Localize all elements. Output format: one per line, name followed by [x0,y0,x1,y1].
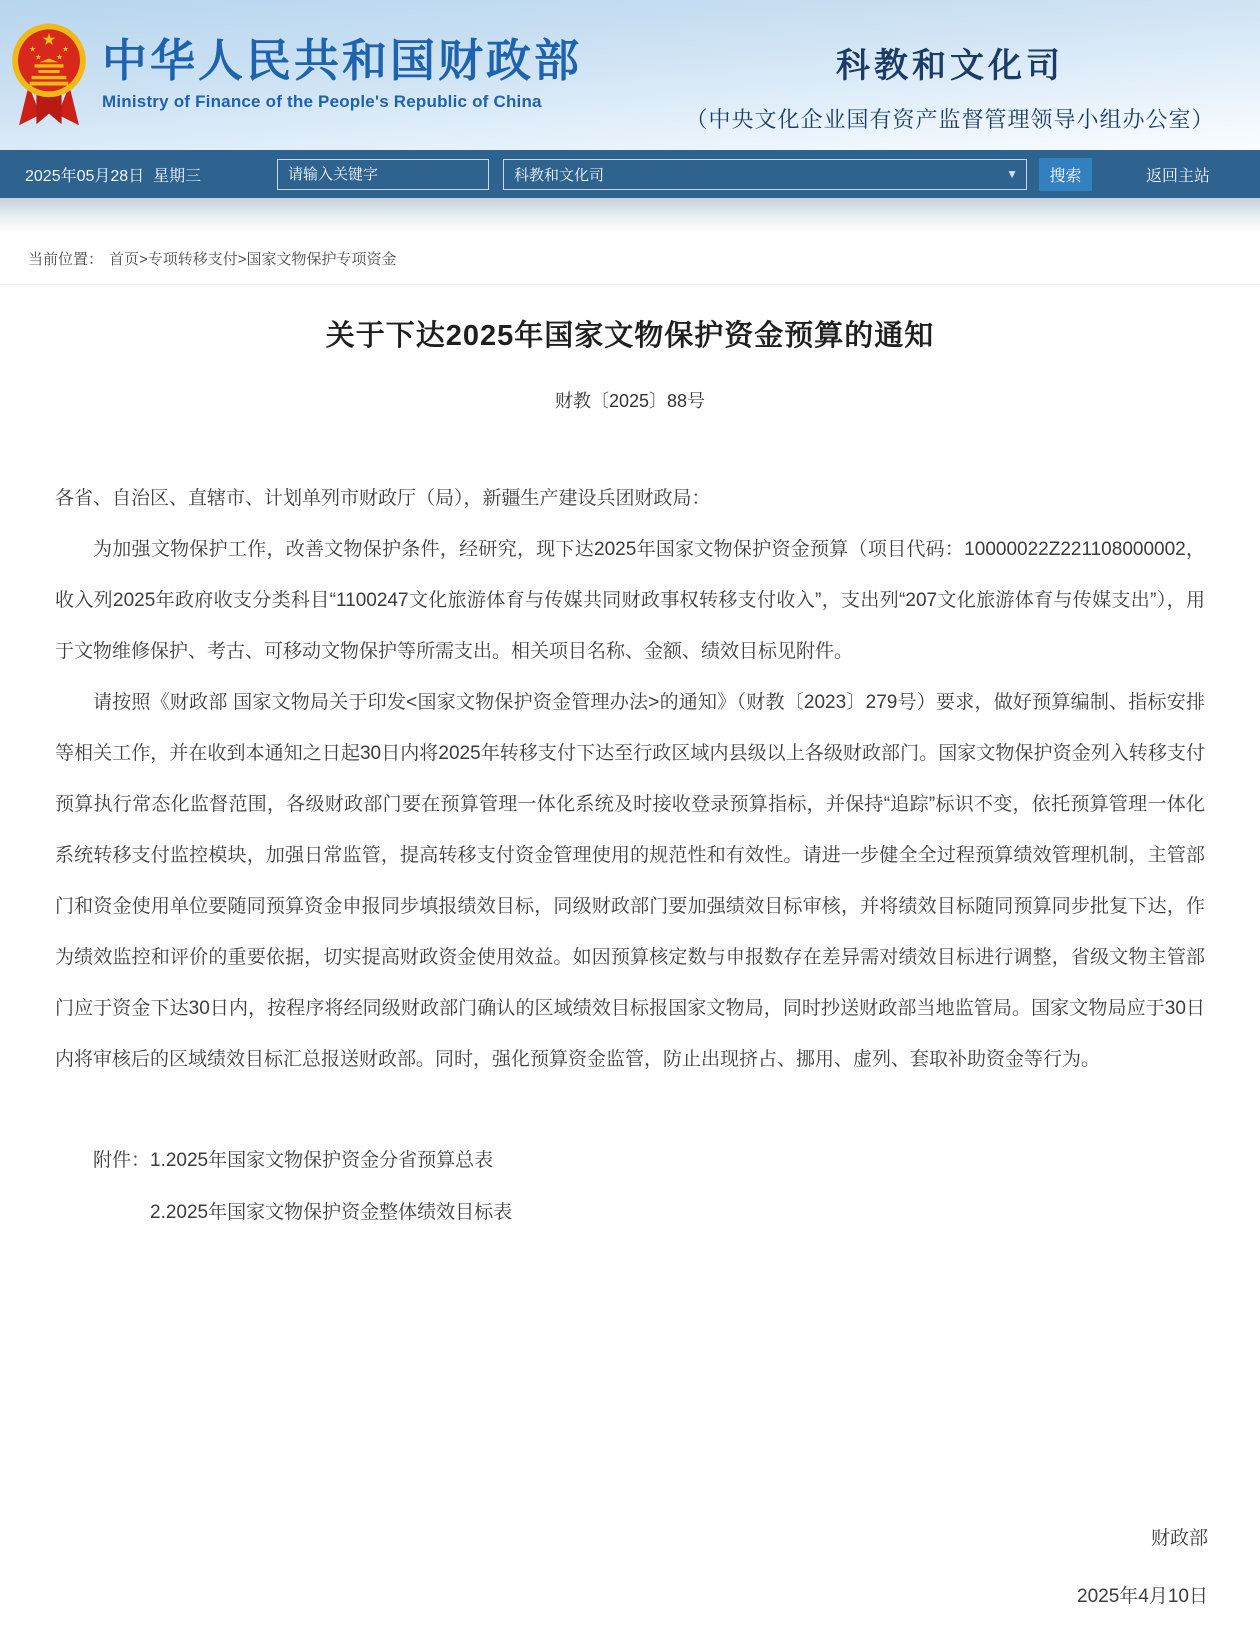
svg-text:★: ★ [56,52,63,61]
signature-block: 财政部 2025年4月10日 [1077,1510,1208,1626]
scope-select-value: 科教和文化司 [514,164,1006,185]
svg-text:★: ★ [42,30,57,49]
brand-text: 中华人民共和国财政部 Ministry of Finance of the Pe… [102,32,582,112]
signer-name: 财政部 [1077,1510,1208,1568]
document-number: 财教〔2025〕88号 [55,387,1205,413]
header-fade-band [0,198,1260,232]
breadcrumb: 当前位置： 首页>专项转移支付>国家文物保护专项资金 [0,232,1260,285]
attachments-label: 附件： [93,1135,150,1239]
scope-select[interactable]: 科教和文化司 ▼ [503,159,1027,190]
notice-document: 关于下达2025年国家文物保护资金预算的通知 财教〔2025〕88号 各省、自治… [0,315,1260,1628]
document-title: 关于下达2025年国家文物保护资金预算的通知 [55,315,1205,357]
site-header: ★ ★ ★ ★ ★ 中华人民共和国财政部 Ministry of Finance… [0,0,1260,150]
search-button[interactable]: 搜索 [1039,158,1092,191]
signature-date: 2025年4月10日 [1077,1568,1208,1626]
site-subtitle-english: Ministry of Finance of the People's Repu… [102,92,582,112]
attachment-item-2: 2.2025年国家文物保护资金整体绩效目标表 [150,1187,512,1239]
paragraph-2: 请按照《财政部 国家文物局关于印发<国家文物保护资金管理办法>的通知》（财教〔2… [55,677,1205,1085]
svg-text:★: ★ [35,52,42,61]
brand[interactable]: ★ ★ ★ ★ ★ 中华人民共和国财政部 Ministry of Finance… [10,12,582,132]
department-header: 科教和文化司 （中央文化企业国有资产监督管理领导小组办公室） [670,38,1230,134]
salutation-line: 各省、自治区、直辖市、计划单列市财政厅（局），新疆生产建设兵团财政局： [55,473,1205,524]
breadcrumb-label: 当前位置： [28,248,103,269]
attachment-item-1: 1.2025年国家文物保护资金分省预算总表 [150,1135,512,1187]
chevron-down-icon: ▼ [1006,167,1018,181]
breadcrumb-path[interactable]: 首页>专项转移支付>国家文物保护专项资金 [109,248,397,269]
navbar: 2025年05月28日 星期三 科教和文化司 ▼ 搜索 返回主站 [0,150,1260,198]
search-input[interactable] [277,159,489,190]
national-emblem-icon: ★ ★ ★ ★ ★ [10,12,88,132]
department-subtitle: （中央文化企业国有资产监督管理领导小组办公室） [670,103,1230,134]
return-main-site-link[interactable]: 返回主站 [1146,163,1210,186]
attachments-block: 附件： 1.2025年国家文物保护资金分省预算总表 2.2025年国家文物保护资… [55,1135,1205,1239]
site-title: 中华人民共和国财政部 [102,32,582,90]
department-title: 科教和文化司 [670,38,1230,87]
page: ★ ★ ★ ★ ★ 中华人民共和国财政部 Ministry of Finance… [0,0,1260,1628]
attachments-list: 1.2025年国家文物保护资金分省预算总表 2.2025年国家文物保护资金整体绩… [150,1135,512,1239]
current-date-text: 2025年05月28日 星期三 [25,163,277,186]
paragraph-1: 为加强文物保护工作，改善文物保护条件，经研究，现下达2025年国家文物保护资金预… [55,524,1205,677]
